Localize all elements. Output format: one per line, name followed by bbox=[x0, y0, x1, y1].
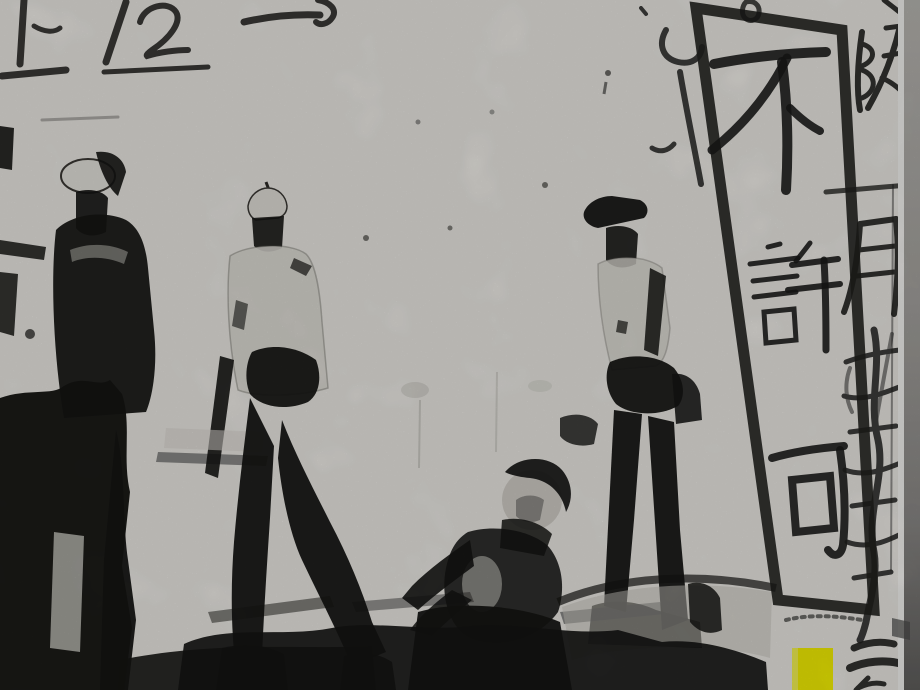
photograph bbox=[0, 0, 920, 690]
film-grain-overlay bbox=[0, 0, 920, 690]
photo-page: 12 — 8 上 不許可 隊 月 浦鎮 ニ const data = JSON.… bbox=[0, 0, 920, 690]
